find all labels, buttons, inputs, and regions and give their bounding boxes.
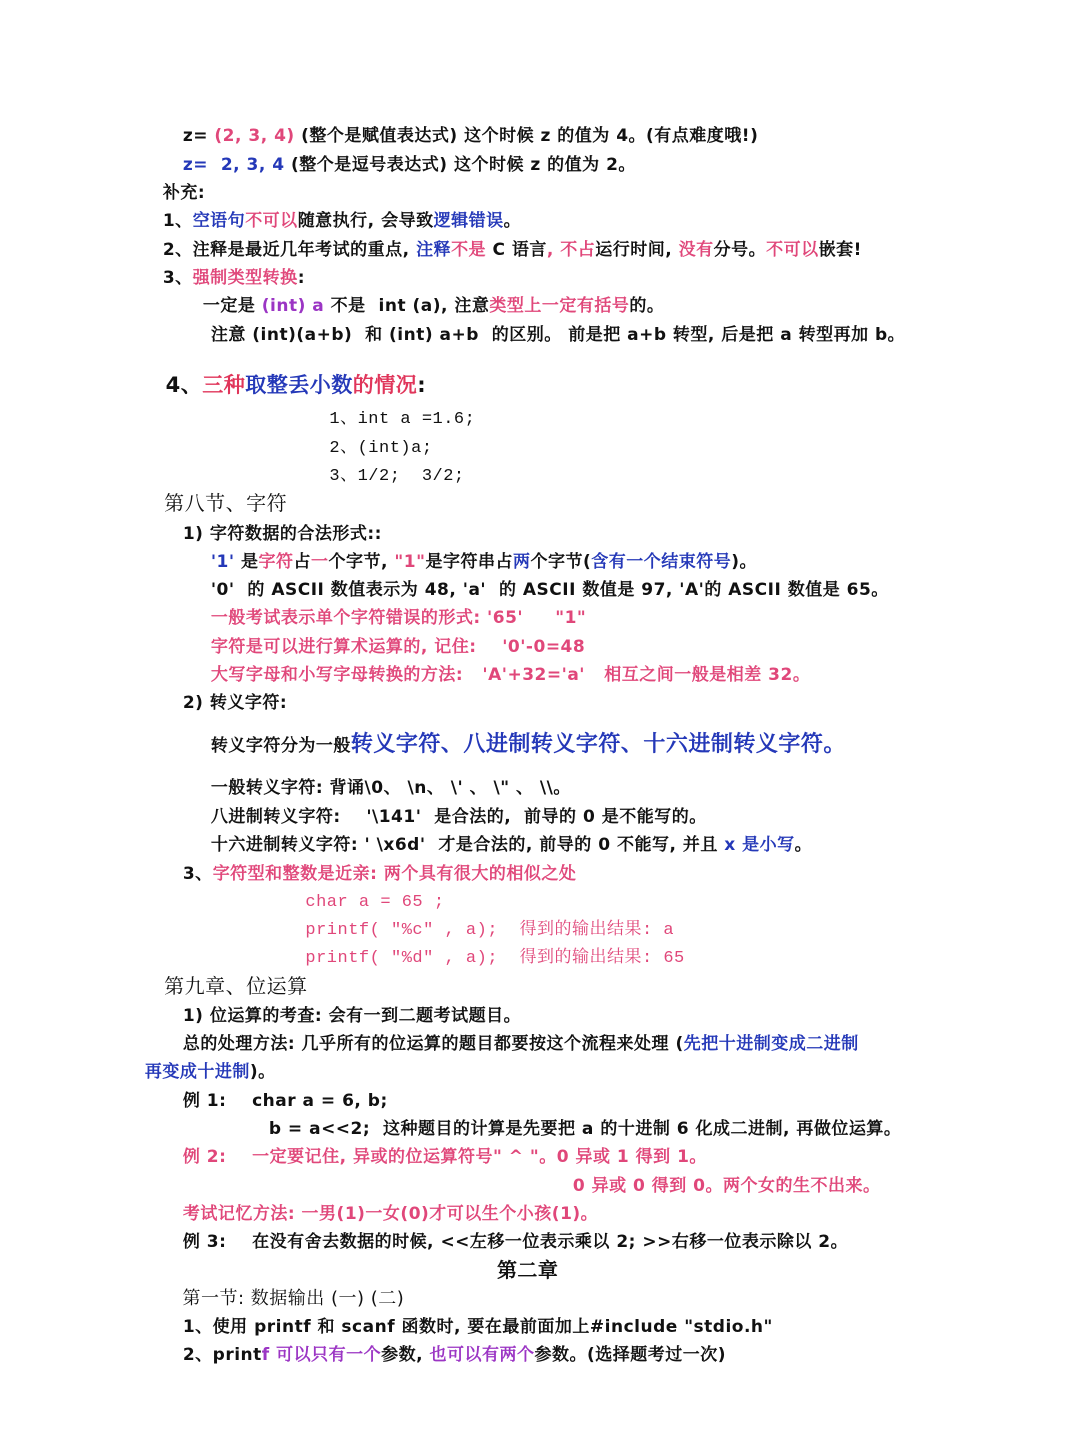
example-2-xor-cont: 0 异或 0 得到 0。两个女的生不出来。 xyxy=(560,1150,881,1198)
highlight-segment: 三种 xyxy=(202,373,245,397)
text-segment: (整个是逗号表达式) 这个时候 z 的值为 2。 xyxy=(285,155,636,175)
code-segment: 3、1/2; 3/2; xyxy=(329,467,464,486)
text-segment: 2、print xyxy=(183,1345,262,1365)
text-segment: 运行时间, xyxy=(595,240,678,260)
printf-params: 2、printf 可以只有一个参数, 也可以有两个参数。(选择题考过一次) xyxy=(170,1319,726,1367)
highlight-segment: 不是 xyxy=(451,240,486,260)
text-segment: 3、 xyxy=(183,864,213,884)
text-segment: 分号。 xyxy=(714,240,767,260)
text-segment: 4、 xyxy=(166,373,203,397)
text-segment: 参数, xyxy=(381,1345,429,1365)
highlight-segment: 也可以有两个 xyxy=(430,1345,535,1365)
highlight-segment: 不可以 xyxy=(766,240,819,260)
text-segment: 大写字母和小写字母转换的方法: 'A'+32='a' 相互之间一般是相差 32。 xyxy=(211,665,810,685)
highlight-segment: 没有 xyxy=(679,240,714,260)
text-segment: 嵌套! xyxy=(819,240,862,260)
code-segment: printf( "%d" , a); 得到的输出结果: 65 xyxy=(305,949,684,968)
text-segment: C 语言 xyxy=(486,240,547,260)
chapter-2-heading: 第二章 xyxy=(482,1234,558,1282)
text-segment: 。 xyxy=(795,835,813,855)
text-segment: 。 xyxy=(823,732,846,757)
text-segment: 参数。(选择题考过一次) xyxy=(535,1345,727,1365)
comma-expression-note: z= 2, 3, 4 (整个是逗号表达式) 这个时候 z 的值为 2。 xyxy=(170,129,636,177)
code-printf-d: printf( "%d" , a); 得到的输出结果: 65 xyxy=(284,923,685,971)
text-segment: 0 异或 0 得到 0。两个女的生不出来。 xyxy=(573,1176,881,1196)
text-segment: 第二章 xyxy=(497,1258,559,1282)
truncation-case-3: 3、1/2; 3/2; xyxy=(308,441,465,489)
highlight-segment: 注释 xyxy=(416,240,451,260)
highlight-segment: f 可以只有一个 xyxy=(262,1345,381,1365)
highlight-segment: , 不占 xyxy=(547,240,595,260)
highlight-segment: x 是小写 xyxy=(724,835,794,855)
case-conversion: 大写字母和小写字母转换的方法: 'A'+32='a' 相互之间一般是相差 32。 xyxy=(198,639,810,687)
highlight-segment: 先把十进制变成二进制 xyxy=(684,1034,859,1054)
text-segment: 3、 xyxy=(163,268,193,288)
